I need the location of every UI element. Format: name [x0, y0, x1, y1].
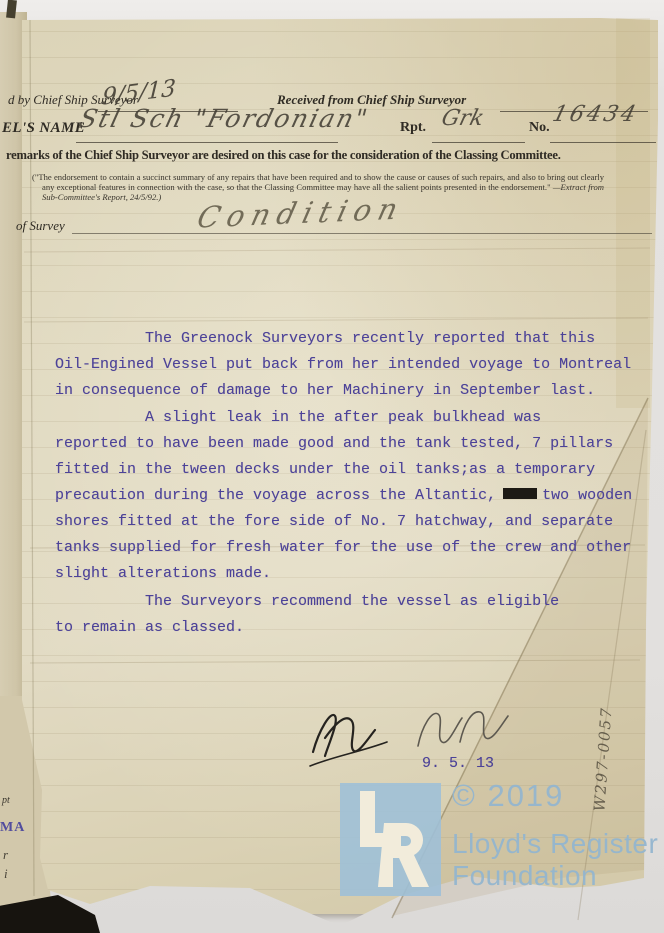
body-line: reported to have been made good and the … [55, 435, 613, 452]
body-line: shores fitted at the fore side of No. 7 … [55, 513, 613, 530]
vessel-name-handwriting: Stl Sch "Fordonian" [76, 104, 372, 133]
scanned-document: pt MA r i d by Chief Ship Surveyor 9/5/1… [0, 0, 664, 933]
fragment-handwriting: r [3, 847, 8, 863]
signature-date: 9. 5. 13 [422, 755, 494, 772]
signature-initials-light [412, 698, 512, 760]
lr-logo-icon [340, 783, 441, 896]
report-number-handwriting: 16434 [550, 102, 641, 127]
body-line: fitted in the tween decks under the oil … [55, 461, 595, 478]
body-line-pre: precaution during the voyage across the … [55, 487, 496, 504]
watermark-copyright: © 2019 [452, 778, 564, 814]
body-line: A slight leak in the after peak bulkhead… [145, 409, 541, 426]
body-line: to remain as classed. [55, 619, 244, 636]
survey-label: of Survey [16, 218, 65, 234]
body-line-post: two wooden [542, 487, 632, 504]
number-label: No. [529, 120, 550, 136]
body-line: slight alterations made. [55, 565, 271, 582]
body-line: The Surveyors recommend the vessel as el… [145, 593, 559, 610]
body-line: tanks supplied for fresh water for the u… [55, 539, 631, 556]
form-line [550, 142, 656, 143]
form-line [72, 233, 652, 234]
report-port-handwriting: Grk [439, 106, 487, 131]
scan-edge-mark [6, 0, 17, 18]
redaction-mark [503, 488, 537, 499]
paper-stain [616, 18, 650, 408]
report-label: Rpt. [400, 120, 426, 136]
watermark-org-line2: Foundation [452, 860, 597, 892]
body-line-redacted: precaution during the voyage across the … [55, 487, 632, 504]
fragment-text: MA [0, 820, 25, 836]
body-line: The Greenock Surveyors recently reported… [145, 330, 595, 347]
endorsement-note-text: ("The endorsement to contain a succinct … [32, 172, 604, 192]
form-line [432, 142, 525, 143]
vessel-name-label: EL'S NAME [2, 120, 85, 137]
form-line [76, 142, 338, 143]
fragment-text: pt [2, 795, 10, 806]
remarks-instruction: remarks of the Chief Ship Surveyor are d… [6, 148, 561, 163]
watermark-org-line1: Lloyd's Register [452, 828, 658, 860]
lloyds-register-logo [340, 783, 441, 896]
fragment-handwriting: i [4, 866, 8, 882]
signature-initials-dark [305, 700, 400, 770]
body-line: in consequence of damage to her Machiner… [55, 382, 595, 399]
body-line: Oil-Engined Vessel put back from her int… [55, 356, 631, 373]
